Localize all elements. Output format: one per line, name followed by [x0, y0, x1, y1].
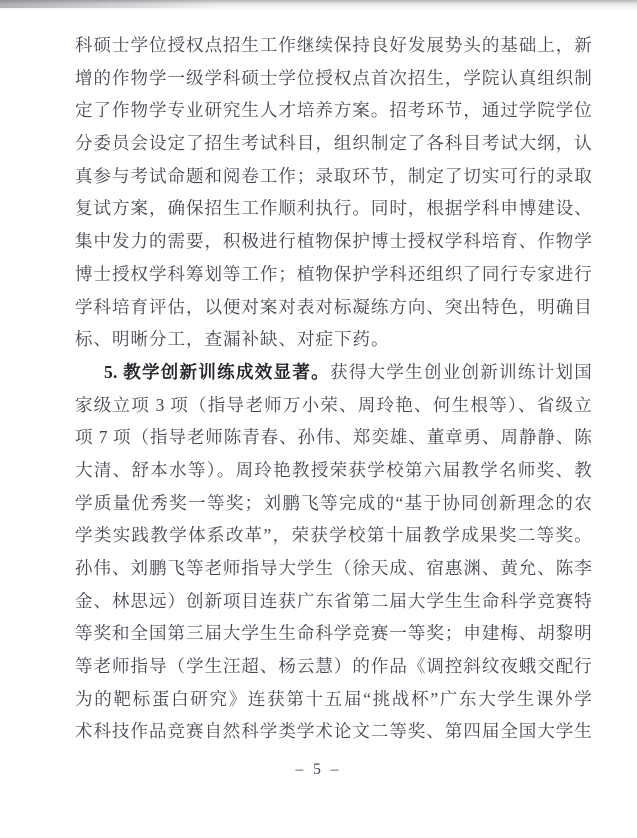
text-line: 标、明晰分工，查漏补缺、对症下药。 [75, 323, 592, 356]
text-line: 为的靶标蛋白研究》连获第十五届“挑战杯”广东大学生课外学 [75, 683, 592, 716]
text-line: 分委员会设定了招生考试科目，组织制定了各科目考试大纲，认 [75, 127, 592, 160]
text-line: 等老师指导（学生汪超、杨云慧）的作品《调控斜纹夜蛾交配行 [75, 650, 592, 683]
text-line: 复试方案，确保招生工作顺利执行。同时，根据学科申博建设、 [75, 192, 592, 225]
scan-shadow-corner [0, 0, 220, 8]
text-line: 科硕士学位授权点招生工作继续保持良好发展势头的基础上，新 [75, 29, 592, 62]
section5-heading-rest: 获得大学生创业创新训练计划国 [330, 362, 592, 382]
scan-shadow-top [0, 0, 637, 12]
text-line: 大清、舒本水等）。周玲艳教授荣获学校第六届教学名师奖、教 [75, 454, 592, 487]
text-line: 真参与考试命题和阅卷工作；录取环节，制定了切实可行的录取 [75, 160, 592, 193]
text-line: 金、林思远）创新项目连获广东省第二届大学生生命科学竞赛特 [75, 585, 592, 618]
text-line: 增的作物学一级学科硕士学位授权点首次招生，学院认真组织制 [75, 62, 592, 95]
text-line: 定了作物学专业研究生人才培养方案。招考环节，通过学院学位 [75, 94, 592, 127]
section5-heading-bold: 5. 教学创新训练成效显著。 [104, 362, 330, 382]
text-line: 学类实践教学体系改革”，荣获学校第十届教学成果奖二等奖。 [75, 519, 592, 552]
text-line: 学质量优秀奖一等奖；刘鹏飞等完成的“基于协同创新理念的农 [75, 487, 592, 520]
text-line: 博士授权学科筹划等工作；植物保护学科还组织了同行专家进行 [75, 258, 592, 291]
page-body-text: 科硕士学位授权点招生工作继续保持良好发展势头的基础上，新 增的作物学一级学科硕士… [75, 29, 592, 748]
text-line: 项 7 项（指导老师陈青春、孙伟、郑奕雄、董章勇、周静静、陈 [75, 421, 592, 454]
text-line: 集中发力的需要，积极进行植物保护博士授权学科培育、作物学 [75, 225, 592, 258]
document-page: 科硕士学位授权点招生工作继续保持良好发展势头的基础上，新 增的作物学一级学科硕士… [0, 0, 637, 838]
text-line: 孙伟、刘鹏飞等老师指导大学生（徐天成、宿惠渊、黄允、陈李 [75, 552, 592, 585]
text-line: 学科培育评估，以便对案对表对标凝练方向、突出特色，明确目 [75, 291, 592, 324]
text-line: 等奖和全国第三届大学生生命科学竞赛一等奖；申建梅、胡黎明 [75, 617, 592, 650]
text-line: 术科技作品竞赛自然科学类学术论文二等奖、第四届全国大学生 [75, 715, 592, 748]
section5-heading-line: 5. 教学创新训练成效显著。获得大学生创业创新训练计划国 [75, 356, 592, 389]
page-number: – 5 – [0, 758, 637, 782]
text-line: 家级立项 3 项（指导老师万小荣、周玲艳、何生根等）、省级立 [75, 389, 592, 422]
